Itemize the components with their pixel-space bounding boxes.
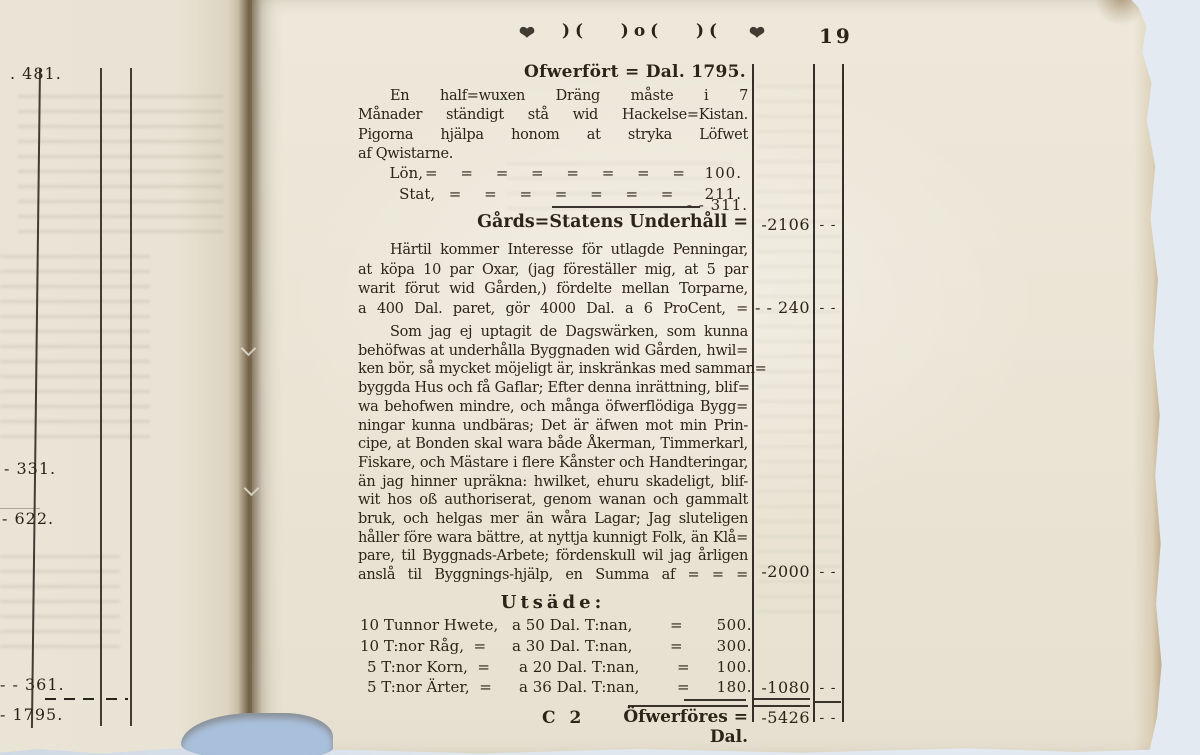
text-line: wit hos oß authoriserat, genom wanan och…: [358, 491, 748, 510]
text-line: Härtil kommer Interesse för utlagde Penn…: [358, 241, 748, 261]
wage-dashes: = = = = = = =: [435, 185, 696, 203]
seed-dashes: = =: [677, 658, 708, 676]
ledger-rule-vertical: [752, 64, 754, 722]
text-line: wa behofwen mindre, och många öfwerflödi…: [358, 398, 748, 417]
left-ruler-line: [130, 68, 132, 726]
carried-forward-header: Ofwerfört = Dal. 1795.: [452, 62, 746, 82]
text-line: ken bör, så mycket möjeligt är, inskränk…: [358, 360, 748, 379]
seed-heading: Utsäde:: [358, 592, 748, 613]
text-line: Pigorna hjälpa honom at stryka Löfwet: [358, 126, 748, 145]
fore-edge: [1134, 0, 1168, 755]
footer-carry-label: Öfwerföres = Dal.: [582, 707, 748, 747]
seed-dashes: = =: [670, 616, 708, 634]
main-page: )( )o( )( 19 Ofwerfört = Dal. 1795. En h…: [252, 0, 1168, 755]
paragraph-3: Som jag ej uptagit de Dagswärken, som ku…: [358, 323, 748, 585]
ghost-showthrough: [757, 85, 841, 625]
amount-cell: - - 240: [754, 298, 810, 317]
ore-cell: - -: [814, 564, 842, 580]
seed-row: 10 Tunnor Hwete, a 50 Dal. T:nan, = = 50…: [360, 616, 752, 637]
amount-cell: -5426: [754, 708, 810, 727]
seed-row: 5 T:nor Ärter, = a 36 Dal. T:nan, = = 18…: [360, 678, 752, 699]
left-fragment-622: - 622.: [2, 509, 54, 528]
amount-cell: -2106: [754, 215, 810, 234]
paragraph-1: En half=wuxen Dräng måste i 7 Månader st…: [358, 87, 748, 165]
amount-cell: -1080: [754, 678, 810, 697]
amount-col-rule: [754, 705, 810, 707]
text-line: Som jag ej uptagit de Dagswärken, som ku…: [358, 323, 748, 342]
left-fragment-1795: - 1795.: [0, 705, 63, 724]
wage-row: Lön, = = = = = = = = 100.: [380, 164, 742, 185]
dash-fill-long: [45, 698, 98, 700]
ore-cell: - -: [814, 300, 842, 316]
text-line: Månader ständigt stå wid Hackelse=Kistan…: [358, 106, 748, 125]
ghost-showthrough: [18, 95, 223, 245]
wage-label: Stat,: [380, 185, 435, 203]
ore-col-rule: [815, 701, 841, 703]
wage-label: Lön,: [380, 164, 423, 182]
ledger-rule-vertical: [813, 64, 815, 722]
text-line: ningar kunna undbäras; Det är äfwen mot …: [358, 417, 748, 436]
text-line: bruk, och helgas mer än wåra Lagar; Jag …: [358, 510, 748, 529]
text-line: håller före wara bättre, at nyttja kunni…: [358, 529, 748, 548]
ore-cell: - -: [814, 680, 842, 696]
text-line: at köpa 10 par Oxar, (jag föreställer mi…: [358, 261, 748, 281]
dash-fill-short: [106, 698, 128, 700]
fore-edge-stain: [1072, 0, 1142, 38]
text-line: cipe, at Bonden skal wara både Åkerman, …: [358, 435, 748, 454]
text-line: än jag hinner upräkna: hwilket, ehuru sk…: [358, 473, 748, 492]
seed-price: a 50 Dal. T:nan,: [512, 616, 670, 634]
seed-item: 10 Tunnor Hwete,: [360, 616, 512, 634]
seed-row: 10 T:nor Råg, = a 30 Dal. T:nan, = = 300…: [360, 637, 752, 658]
seed-table: 10 Tunnor Hwete, a 50 Dal. T:nan, = = 50…: [360, 616, 752, 699]
seed-dashes: = =: [670, 637, 708, 655]
fleuron-icon: [518, 24, 536, 39]
text-line: En half=wuxen Dräng måste i 7: [358, 87, 748, 106]
text-line: warit förut wid Gården,) fördelte mellan…: [358, 280, 748, 300]
text-line: behöfwas at underhålla Byggnaden wid Går…: [358, 342, 748, 361]
gutter-shadow: [238, 0, 262, 755]
seed-price: a 30 Dal. T:nan,: [512, 637, 670, 655]
amount-col-rule: [754, 698, 810, 700]
text-line: pare, til Byggnads-Arbete; fördenskull w…: [358, 547, 748, 566]
page-number: 19: [819, 24, 853, 48]
left-page: . 481. - 331. - 622. - - 361. - 1795.: [0, 0, 252, 755]
left-fragment-481: . 481.: [10, 64, 62, 83]
fleuron-icon: [748, 24, 766, 39]
seed-value: 180.: [708, 678, 752, 696]
text-line: Fiskare, och Mästare i flere Kånster och…: [358, 454, 748, 473]
book-photo: . 481. - 331. - 622. - - 361. - 1795. )(…: [0, 0, 1200, 755]
text-line: af Qwistarne.: [358, 145, 748, 164]
text-line: byggda Hus och få Gaflar; Efter denna in…: [358, 379, 748, 398]
left-ruler-line: [100, 68, 102, 726]
seed-dashes: = =: [677, 678, 708, 696]
ghost-showthrough: [0, 555, 120, 660]
amount-cell: -2000: [754, 562, 810, 581]
ore-cell: - -: [814, 710, 842, 726]
seed-price: a 36 Dal. T:nan,: [519, 678, 677, 696]
seed-total-underline: [684, 699, 746, 701]
printer-marks: )( )o( )(: [562, 21, 722, 41]
ornament-row: )( )o( )(: [462, 16, 822, 46]
text-line: anslå til Byggnings-hjälp, en Summa af =…: [358, 566, 748, 585]
seed-item: 5 T:nor Ärter, =: [367, 678, 519, 696]
seed-item: 10 T:nor Råg, =: [360, 637, 512, 655]
paragraph-2: Härtil kommer Interesse för utlagde Penn…: [358, 241, 748, 319]
ore-cell: - -: [814, 217, 842, 233]
wage-dashes: = = = = = = = =: [423, 164, 696, 182]
left-fragment-361: - - 361.: [0, 675, 65, 694]
text-line: a 400 Dal. paret, gör 4000 Dal. a 6 ProC…: [358, 300, 748, 320]
footer-signature: C 2: [542, 708, 585, 728]
seed-value: 300.: [708, 637, 752, 655]
ledger-rule-vertical: [842, 64, 844, 722]
seed-item: 5 T:nor Korn, =: [367, 658, 519, 676]
subtotal-label: Gårds=Statens Underhåll =: [432, 212, 748, 232]
seed-row: 5 T:nor Korn, = a 20 Dal. T:nan, = = 100…: [360, 658, 752, 679]
seed-price: a 20 Dal. T:nan,: [519, 658, 677, 676]
seed-value: 500.: [708, 616, 752, 634]
wage-value: 100.: [696, 164, 742, 182]
left-fragment-331: - 331.: [4, 459, 56, 478]
seed-value: 100.: [708, 658, 752, 676]
ghost-showthrough: [0, 255, 150, 440]
